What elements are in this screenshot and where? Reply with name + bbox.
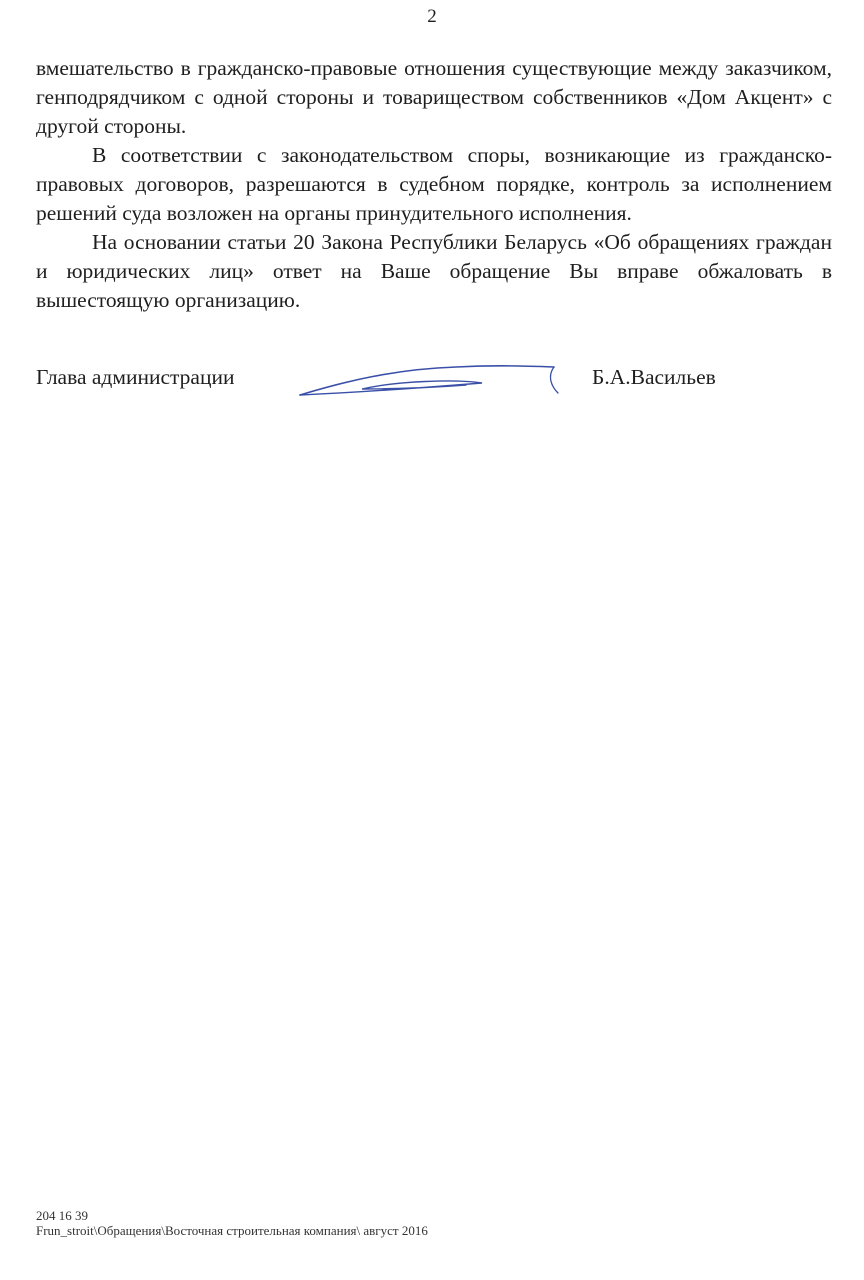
letter-body: вмешательство в гражданско-правовые отно…: [36, 54, 832, 315]
footer-phone: 204 16 39: [36, 1208, 428, 1223]
paragraph-appeal-right: На основании статьи 20 Закона Республики…: [36, 228, 832, 315]
footer-file-path: Frun_stroit\Обращения\Восточная строител…: [36, 1223, 428, 1238]
paragraph-court-disputes: В соответствии с законодательством споры…: [36, 141, 832, 228]
signer-name: Б.А.Васильев: [592, 365, 716, 390]
signature-block: Глава администрации Б.А.Васильев: [36, 363, 832, 403]
position-title: Глава администрации: [36, 365, 235, 390]
paragraph-continuation: вмешательство в гражданско-правовые отно…: [36, 54, 832, 141]
handwritten-signature-icon: [286, 355, 576, 411]
footer: 204 16 39 Frun_stroit\Обращения\Восточна…: [36, 1208, 428, 1238]
page-number: 2: [0, 6, 864, 28]
